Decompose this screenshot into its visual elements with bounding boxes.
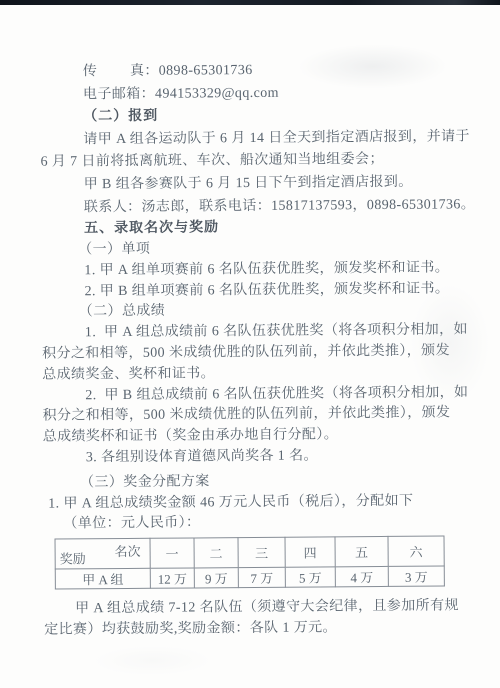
prize-amount-cell: 7 万 (238, 567, 285, 587)
scan-smudge (92, 645, 212, 676)
doc-line: 6 月 7 日前将抵离航班、车次、船次通知当地组委会； (40, 149, 458, 175)
doc-line: 2. 甲 B 组单项赛前 6 名队伍获优胜奖，颁发奖杯和证书。 (41, 279, 459, 303)
doc-line: 甲 A 组总成绩 7-12 名队伍（须遵守大会纪律，且参加所有规 (44, 596, 462, 620)
doc-line: （单位：元人民币）： (43, 512, 461, 536)
doc-line: 电子邮箱：494153329@qq.com (40, 81, 458, 107)
prize-amount-cell: 3 万 (388, 566, 444, 586)
doc-line: 传 真：0898-65301736 (40, 58, 458, 84)
text-block-upper: 传 真：0898-65301736电子邮箱：494153329@qq.com（二… (40, 58, 462, 535)
prize-table: 名次 奖励 一二三四五六 甲 A 组12 万9 万7 万5 万4 万3 万 (55, 536, 445, 590)
prize-amount-cell: 12 万 (150, 568, 194, 588)
document-page: 传 真：0898-65301736电子邮箱：494153329@qq.com（二… (0, 3, 500, 688)
rank-header-cell: 五 (335, 537, 388, 567)
doc-line: 1. 甲 A 组总成绩奖金额 46 万元人民币（税后），分配如下 (43, 491, 461, 515)
doc-line: 积分之和相等，500 米成绩优胜的队伍列前，并依此类推），颁发 (42, 341, 460, 365)
prize-table-body: 甲 A 组12 万9 万7 万5 万4 万3 万 (55, 566, 444, 589)
scanned-document-viewport: { "colors": { "page_bg": "#fdfdfc", "tex… (0, 0, 500, 688)
rank-header-cell: 三 (238, 537, 285, 567)
prize-amount-cell: 4 万 (335, 567, 388, 587)
doc-line: 甲 B 组各参赛队于 6 月 15 日下午到指定酒店报到。 (41, 171, 459, 197)
rank-header-cell: 二 (194, 538, 238, 568)
prize-row: 甲 A 组12 万9 万7 万5 万4 万3 万 (55, 566, 444, 589)
rank-header-cell: 一 (150, 538, 194, 568)
group-cell: 甲 A 组 (55, 568, 150, 589)
rank-header-cell: 六 (388, 536, 444, 566)
doc-line: 定比赛）均获鼓励奖,奖励金额：各队 1 万元。 (44, 617, 462, 641)
prize-amount-cell: 9 万 (194, 568, 238, 588)
prize-amount-cell: 5 万 (285, 567, 335, 587)
doc-line: 1. 甲 A 组单项赛前 6 名队伍获优胜奖，颁发奖杯和证书。 (41, 258, 459, 282)
corner-award-label: 奖励 (60, 548, 86, 567)
doc-line: （二）报到 (40, 104, 458, 130)
text-block-lower: 甲 A 组总成绩 7-12 名队伍（须遵守大会纪律，且参加所有规定比赛）均获鼓励… (44, 596, 462, 641)
doc-line: 联系人：汤志郎，联系电话：15817137593，0898-65301736。 (41, 194, 459, 220)
prize-table-header: 名次 奖励 一二三四五六 (55, 536, 444, 569)
document-body: 传 真：0898-65301736电子邮箱：494153329@qq.com（二… (0, 3, 500, 642)
corner-rank-label: 名次 (115, 541, 141, 560)
doc-line: 3. 各组别设体育道德风尚奖各 1 名。 (43, 445, 461, 469)
corner-cell: 名次 奖励 (55, 538, 150, 569)
prize-table-header-row: 名次 奖励 一二三四五六 (55, 536, 444, 569)
doc-line: 请甲 A 组各运动队于 6 月 14 日全天到指定酒店报到，并请于 (40, 126, 458, 152)
rank-header-cell: 四 (285, 537, 335, 567)
doc-line: 积分之和相等，500 米成绩优胜的队伍列前，并依此类推），颁发 (42, 404, 460, 428)
